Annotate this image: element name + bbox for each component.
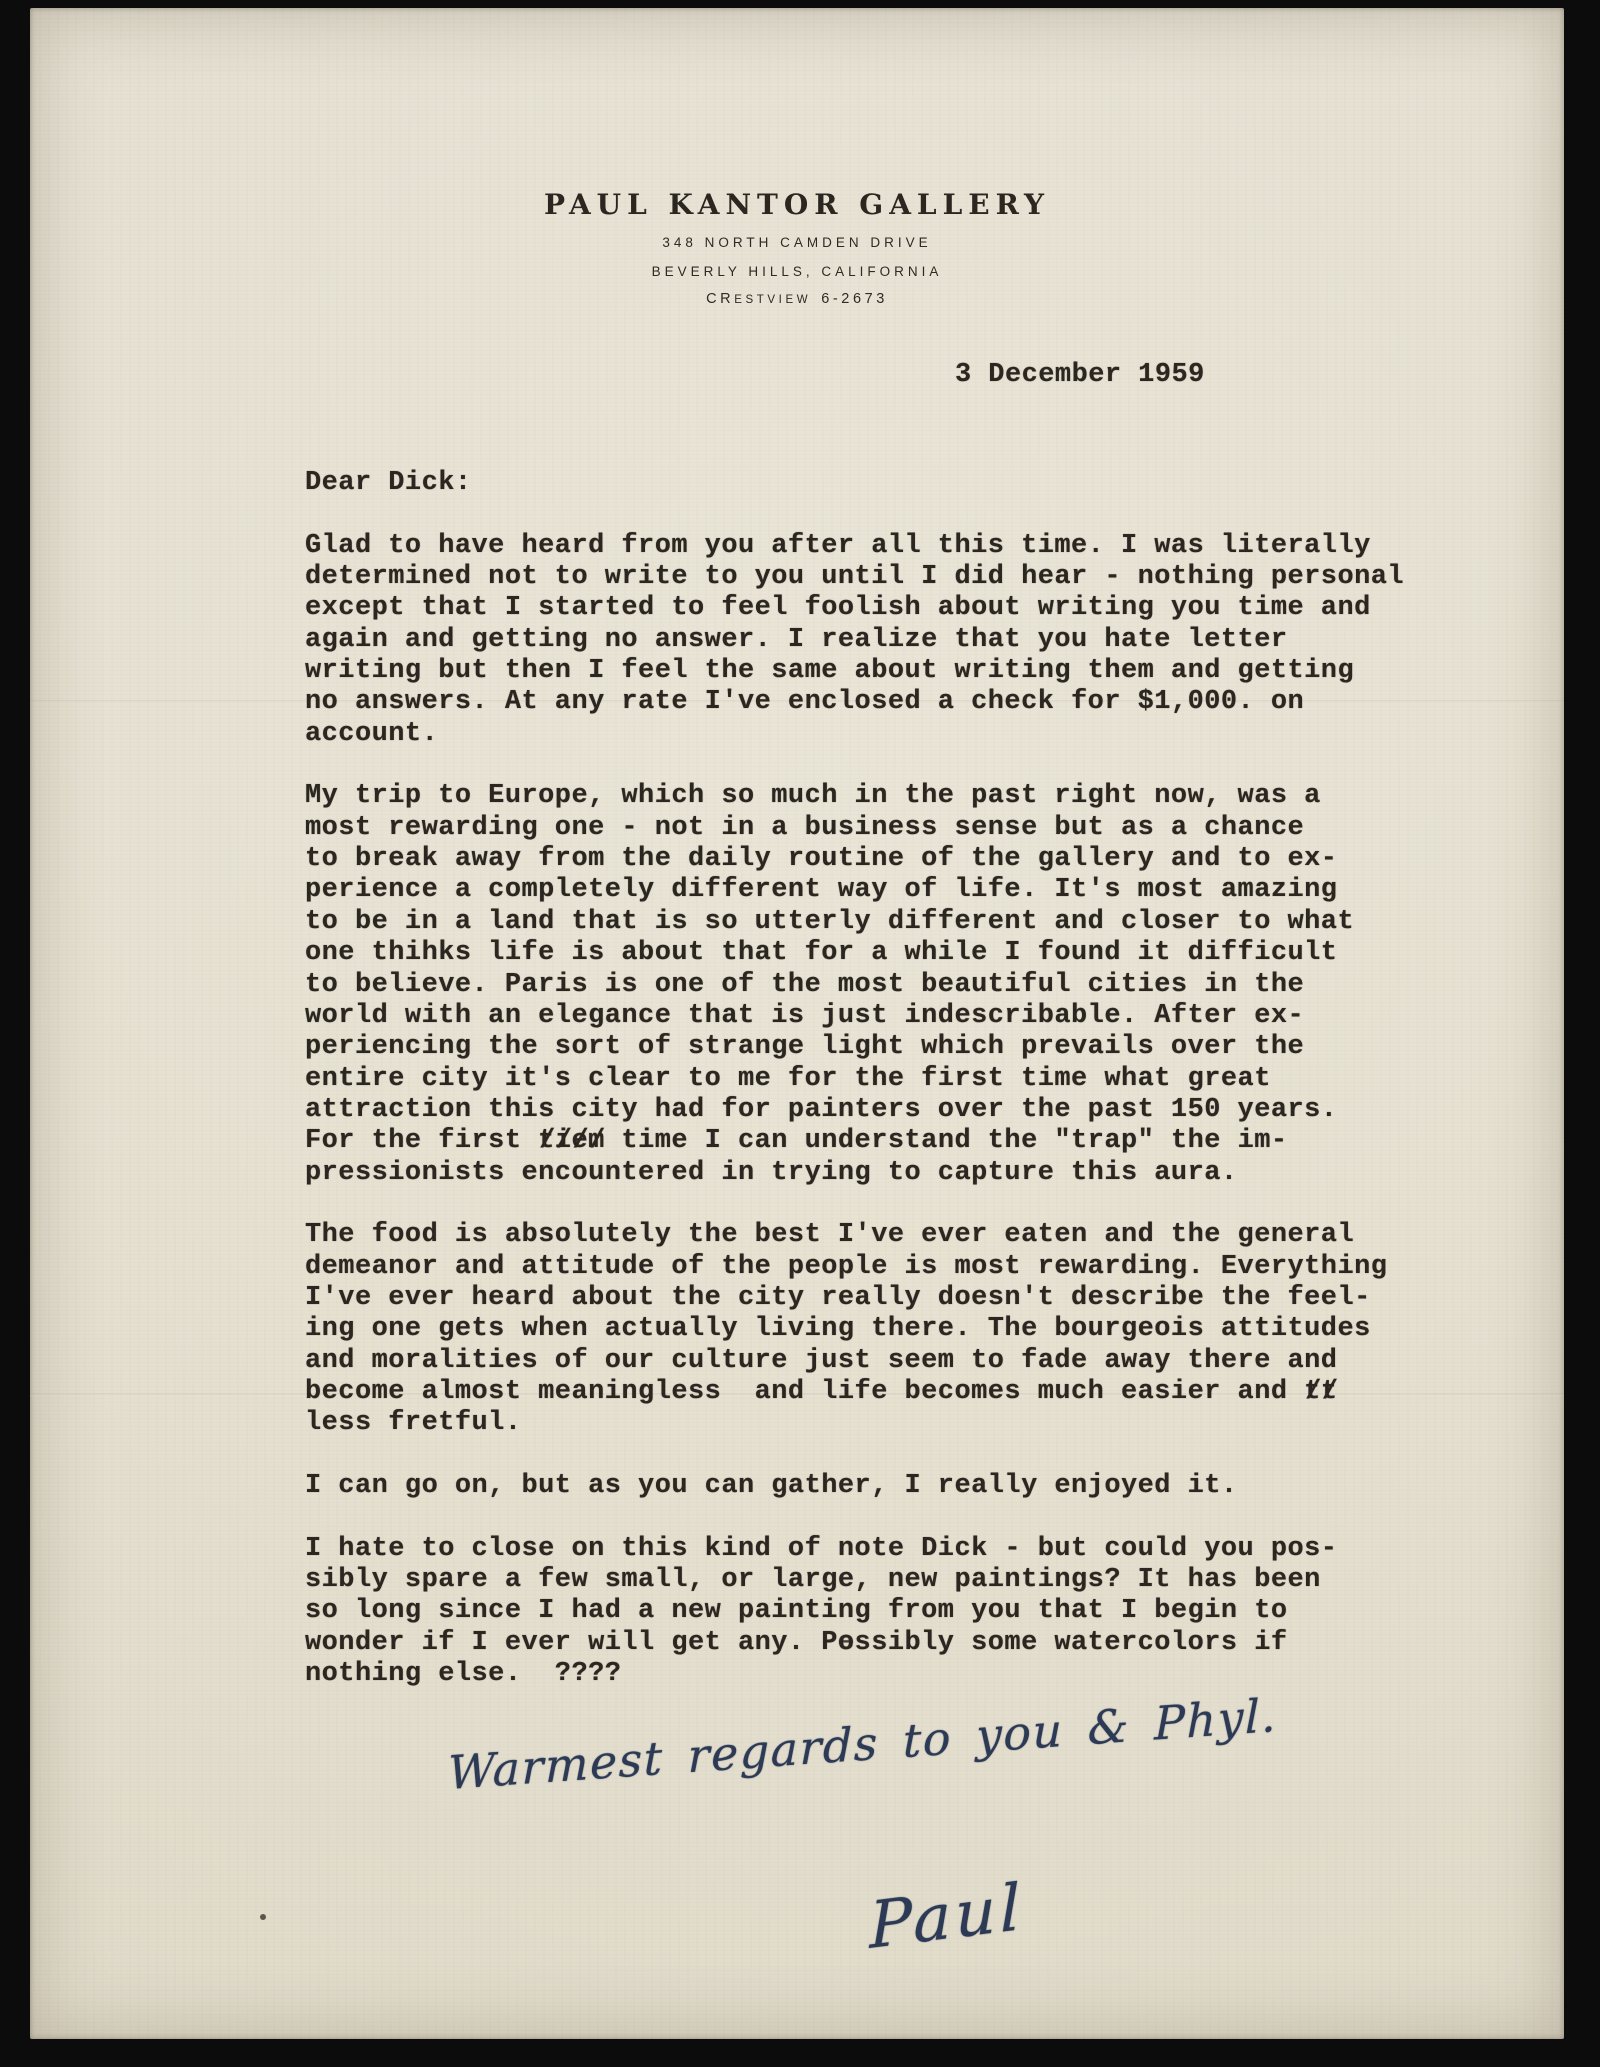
paragraph: My trip to Europe, which so much in the … [305,781,1404,1188]
letter-line: one thihks life is about that for a whil… [305,938,1404,969]
letter-line: The food is absolutely the best I've eve… [305,1220,1404,1251]
letter-line: determined not to write to you until I d… [305,562,1404,593]
letter-line: to believe. Paris is one of the most bea… [305,970,1404,1001]
overtyped-text: oe [838,1628,855,1659]
letter-line: attraction this city had for painters ov… [305,1095,1404,1126]
letter-paper: PAUL KANTOR GALLERY 348 NORTH CAMDEN DRI… [30,8,1564,2039]
phone-exchange-rest: ESTVIEW [734,294,811,306]
letter-line: again and getting no answer. I realize t… [305,625,1404,656]
letter-line: For the first tiem time I can understand… [305,1126,1404,1157]
letter-line: except that I started to feel foolish ab… [305,593,1404,624]
letter-line: and moralities of our culture just seem … [305,1346,1404,1377]
letter-line: sibly spare a few small, or large, new p… [305,1565,1404,1596]
letterhead-address-line2: BEVERLY HILLS, CALIFORNIA [30,264,1564,279]
letter-line: I've ever heard about the city really do… [305,1283,1404,1314]
letterhead-phone: CRESTVIEW6-2673 [30,290,1564,308]
salutation: Dear Dick: [305,468,1404,499]
paragraph: Glad to have heard from you after all th… [305,531,1404,750]
letter-line: I can go on, but as you can gather, I re… [305,1471,1404,1502]
letter-line: to break away from the daily routine of … [305,844,1404,875]
letter-line: no answers. At any rate I've enclosed a … [305,687,1404,718]
letter-body: Dear Dick: Glad to have heard from you a… [305,468,1404,1690]
phone-number: 6-2673 [821,291,888,307]
letter-line: entire city it's clear to me for the fir… [305,1064,1404,1095]
paragraph: I can go on, but as you can gather, I re… [305,1471,1404,1502]
paragraph: I hate to close on this kind of note Dic… [305,1534,1404,1691]
letter-line: to be in a land that is so utterly diffe… [305,907,1404,938]
letterhead-address-line1: 348 NORTH CAMDEN DRIVE [30,235,1564,250]
letter-line: Glad to have heard from you after all th… [305,531,1404,562]
signature: Paul [869,1871,1025,1964]
letter-line: become almost meaningless and life becom… [305,1377,1404,1408]
letter-line: periencing the sort of strange light whi… [305,1032,1404,1063]
letter-line: ing one gets when actually living there.… [305,1314,1404,1345]
letter-line: wonder if I ever will get any. Poessibly… [305,1628,1404,1659]
letterhead: PAUL KANTOR GALLERY 348 NORTH CAMDEN DRI… [30,188,1564,308]
letter-line: I hate to close on this kind of note Dic… [305,1534,1404,1565]
letter-line: perience a completely different way of l… [305,875,1404,906]
struck-out-text: tiem [538,1126,605,1157]
phone-exchange-caps: CR [706,291,734,307]
letter-line: world with an elegance that is just inde… [305,1001,1404,1032]
paragraph: The food is absolutely the best I've eve… [305,1220,1404,1439]
letter-line: demeanor and attitude of the people is m… [305,1252,1404,1283]
handwritten-regards: Warmest regards to you & Phyl. [448,1688,1277,1800]
letter-line: account. [305,719,1404,750]
letter-line: pressionists encountered in trying to ca… [305,1158,1404,1189]
letter-line: most rewarding one - not in a business s… [305,813,1404,844]
gallery-name: PAUL KANTOR GALLERY [30,188,1564,221]
letter-line: less fretful. [305,1408,1404,1439]
scanned-letter-screenshot: { "colors":{ "frame":"#0c0c0c", "paper":… [0,0,1600,2067]
date-line: 3 December 1959 [955,360,1205,390]
letter-line: writing but then I feel the same about w… [305,656,1404,687]
letter-line: My trip to Europe, which so much in the … [305,781,1404,812]
letter-line: nothing else. ???? [305,1659,1404,1690]
letter-line: so long since I had a new painting from … [305,1596,1404,1627]
struck-out-text: tt [1304,1377,1337,1408]
stray-ink-dot [260,1914,266,1920]
